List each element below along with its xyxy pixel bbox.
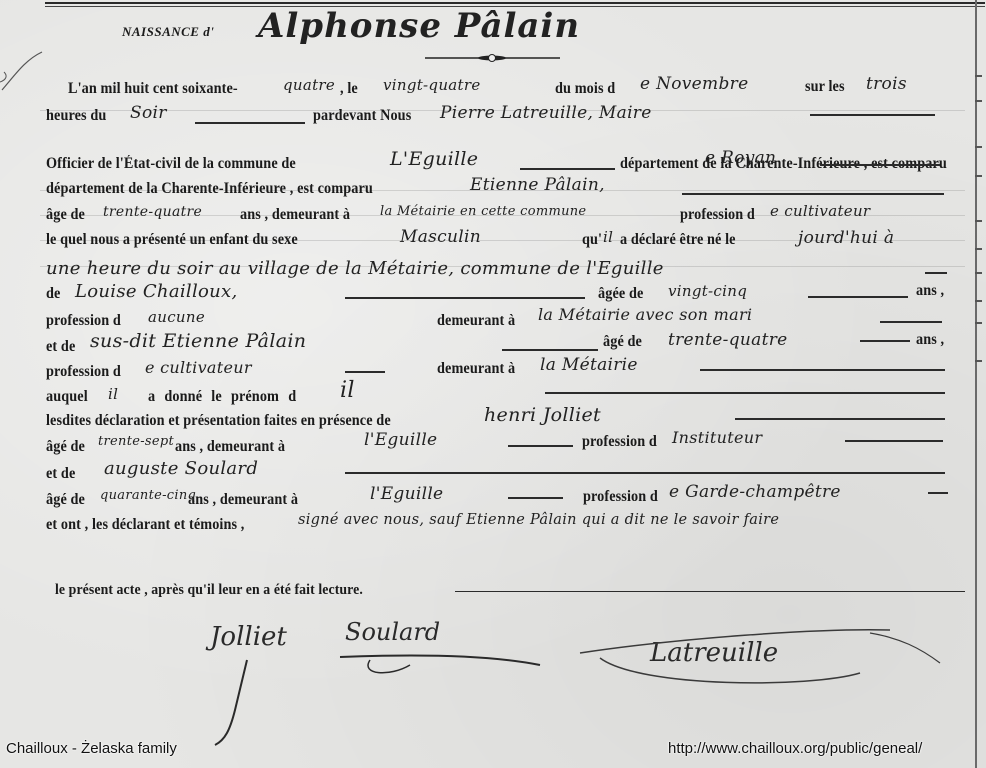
handwritten-pronoun: il [603,228,613,246]
handwritten-hour: trois [866,74,907,94]
handwritten-mother-age: vingt-cinq [668,282,747,300]
fill-line [502,349,598,351]
right-margin-rule [975,0,977,768]
handwritten-mother: Louise Chailloux, [75,281,238,302]
fill-line [845,440,943,442]
handwritten-mayor: Pierre Latreuille, Maire [440,103,652,123]
fill-line [455,591,965,592]
printed-text: ans , [916,331,944,349]
printed-text: du mois d [555,80,615,98]
printed-text: ans , demeurant à [188,491,298,509]
top-border-rule [45,2,985,4]
handwritten-declarant-profession: e cultivateur [770,202,870,220]
printed-text: demeurant à [437,360,515,378]
printed-text: le quel nous a présenté un enfant du sex… [46,231,298,249]
printed-text: L'an mil huit cent soixante- [68,80,238,98]
handwritten-witness-1-age: trente-sept [98,434,174,449]
handwritten-canton: e Royan [705,148,776,168]
printed-text: et de [46,465,75,483]
handwritten-birth-day: jourd'hui à [798,228,894,248]
fill-line [925,272,947,274]
handwritten-year: quatre [283,76,335,94]
birth-record-page: NAISSANCE d' Alphonse Pâlain L'an mil hu… [0,0,986,768]
printed-text: demeurant à [437,312,515,330]
handwritten-declarant: Etienne Pâlain, [470,175,605,195]
fill-line [195,122,305,124]
handwritten-witness-1: henri Jolliet [484,404,601,426]
margin-tick [975,75,982,77]
fill-line [345,472,945,474]
printed-text: ans , demeurant à [175,438,285,456]
printed-text: âgé de [603,333,642,351]
fill-line [810,114,935,116]
printed-text: Officier de l'État-civil de la commune d… [46,155,296,173]
handwritten-father: sus-dit Etienne Pâlain [90,330,306,352]
signature-flourish [205,640,285,750]
printed-text: et ont , les déclarant et témoins , [46,516,244,534]
printed-text: âgé de [46,491,85,509]
printed-text: lesdites déclaration et présentation fai… [46,412,391,430]
fill-line [928,492,948,494]
fill-line [508,497,563,499]
printed-text: âgée de [598,285,643,303]
fill-line [880,321,942,323]
fill-line [545,392,945,394]
printed-text: profession d [680,206,755,224]
handwritten-witness-2-age: quarante-cinq [100,488,196,503]
margin-tick [975,100,982,102]
printed-text: de [46,285,60,303]
printed-text: ans , demeurant à [240,206,350,224]
printed-text: pardevant Nous [313,107,411,125]
signature-soulard: Soulard [345,618,440,646]
title-flourish [420,52,570,64]
margin-tick [975,248,982,250]
margin-tick [975,300,982,302]
handwritten-witness-2: auguste Soulard [104,458,258,479]
printed-text: profession d [46,363,121,381]
printed-text: qu' [582,231,602,249]
fill-line [700,369,945,371]
fill-line [345,371,385,373]
handwritten-declarant-residence: la Métairie en cette commune [380,204,586,219]
printed-text: heures du [46,107,106,125]
fill-line [345,297,585,299]
printed-text: âgé de [46,438,85,456]
handwritten-pronoun: il [108,385,118,403]
printed-text: profession d [46,312,121,330]
fill-line [682,193,944,195]
fill-line [808,296,908,298]
handwritten-declarant-age: trente-quatre [103,204,202,220]
margin-tick [975,360,982,362]
signature-flourish [330,645,560,685]
printed-text: auquel [46,388,88,406]
printed-text: le présent acte , après qu'il leur en a … [55,582,363,599]
signature-flourish [560,618,960,698]
handwritten-mother-residence: la Métairie avec son mari [538,305,752,324]
handwritten-witness-2-residence: l'Eguille [370,484,443,504]
handwritten-father-age: trente-quatre [668,330,788,350]
footer-family-label: Chailloux - Żelaska family [6,740,177,757]
fill-line [820,164,940,166]
printed-text: profession d [583,488,658,506]
margin-tick [975,322,982,324]
margin-tick [975,146,982,148]
handwritten-sex: Masculin [400,227,481,247]
title-label: NAISSANCE d' [122,24,214,40]
footer-url[interactable]: http://www.chailloux.org/public/geneal/ [668,740,922,757]
printed-text: profession d [582,433,657,451]
printed-text: a donné le prénom d [148,388,296,406]
handwritten-commune: L'Eguille [390,148,478,170]
printed-text: a déclaré être né le [620,231,736,249]
handwritten-given-name: il [340,378,355,403]
margin-tick [975,220,982,222]
printed-text: , le [340,80,358,98]
handwritten-day: vingt-quatre [383,76,481,94]
handwritten-father-profession: e cultivateur [145,358,252,377]
printed-text: âge de [46,206,85,224]
handwritten-father-residence: la Métairie [540,355,638,375]
handwritten-birth-place: une heure du soir au village de la Métai… [46,258,664,279]
fill-line [860,340,910,342]
printed-text: département de la Charente-Inférieure , … [46,180,373,198]
printed-text: et de [46,338,75,356]
margin-tick [975,272,982,274]
handwritten-time-of-day: Soir [130,103,167,123]
fill-line [735,418,945,420]
fill-line [520,168,615,170]
handwritten-month: e Novembre [640,74,748,94]
handwritten-witness-1-profession: Instituteur [672,428,762,447]
handwritten-witness-2-profession: e Garde-champêtre [669,482,841,502]
handwritten-witness-1-residence: l'Eguille [364,430,437,450]
handwritten-mother-profession: aucune [148,308,205,326]
printed-text: sur les [805,78,845,96]
printed-text: ans , [916,282,944,300]
ink-stroke [0,40,50,100]
fill-line [508,445,573,447]
title-name: Alphonse Pâlain [258,6,580,46]
margin-tick [975,175,982,177]
handwritten-signing-note: signé avec nous, sauf Etienne Pâlain qui… [298,512,779,528]
